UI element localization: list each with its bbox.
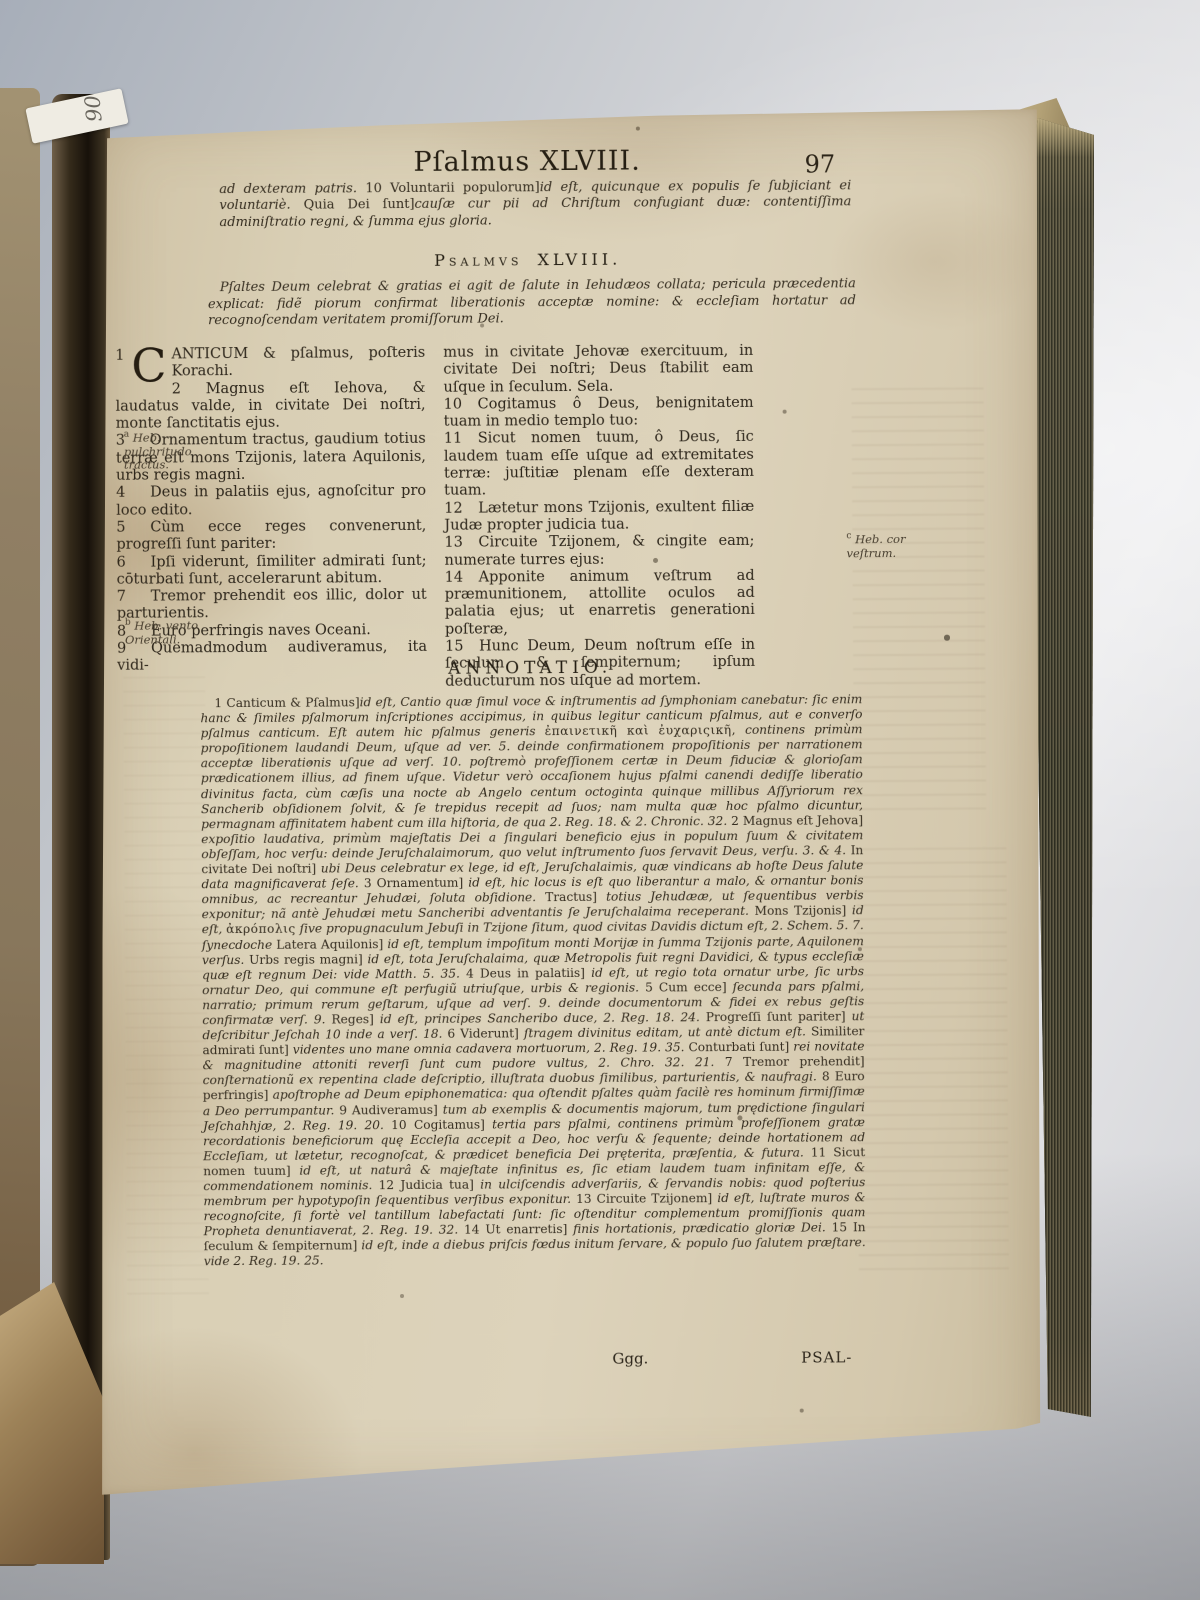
psalm-argument: Pſaltes Deum celebrat & gratias ei agit …: [208, 276, 856, 330]
margin-note-a: a Heb. pulchritudo tractus.: [124, 428, 212, 473]
text-segment: Urbs regis magni]: [249, 952, 363, 967]
margin-note-mark: b: [125, 618, 131, 628]
verse-text: Sicut nomen tuum, ô Deus, ſic laudem tua…: [444, 429, 754, 499]
text-segment: Progreſſi ſunt pariter]: [706, 1009, 846, 1024]
text-segment: Tractus]: [545, 890, 597, 904]
carryover-commentary: ad dexteram patris. 10 Voluntarii populo…: [219, 178, 851, 231]
verse-number: 10: [444, 396, 478, 414]
text-segment: 9 Audiveramus]: [339, 1102, 438, 1117]
text-segment: finis hortationis, prædicatio gloriæ Dei…: [567, 1221, 831, 1237]
text-segment: 1 Canticum & Pſalmus]: [214, 695, 359, 710]
verse-number: 7: [117, 589, 151, 607]
text-segment: id eſt, principes Sancheribo duce, 2. Re…: [374, 1010, 706, 1026]
photo-scene: 06 Pſalmus XLVIII. 97 ad dexteram patris…: [0, 0, 1200, 1600]
verse-number: 13: [444, 535, 478, 553]
text-segment: 13 Circuite Tzijonem]: [576, 1191, 712, 1206]
psalm-verse-2: 2Magnus eſt Iehova, & laudatus valde, in…: [115, 379, 425, 433]
psalm-verse-10: 10Cogitamus ô Deus, benignitatem tuam in…: [444, 395, 754, 431]
verse-number: 15: [445, 639, 479, 657]
verse-text: Circuite Tzijonem, & cingite eam; numera…: [444, 533, 754, 568]
text-segment: 6 Viderunt]: [447, 1026, 519, 1040]
verse-text: Lætetur mons Tzijonis, exultent filiæ Ju…: [444, 499, 754, 534]
verse-number: 11: [444, 431, 478, 449]
show-through-ghost-right-lower: [856, 839, 1009, 1270]
margin-note-mark: a: [124, 430, 129, 440]
text-segment: Latera Aquilonis]: [276, 937, 383, 952]
text-segment: ἀκρόπολις: [226, 922, 296, 936]
psalm-verse-9-continued: mus in civitate Jehovæ exercituum, in ci…: [443, 343, 753, 397]
verse-text: mus in civitate Jehovæ exercituum, in ci…: [443, 343, 753, 395]
psalm-verse-6: 6Ipſi viderunt, ſimiliter admirati ſunt;…: [116, 552, 426, 588]
text-segment: Reges]: [331, 1012, 374, 1026]
page-footer: Ggg. PSAL-: [204, 1348, 864, 1374]
margin-note-text: Heb. cor veſtrum.: [846, 532, 905, 560]
margin-note-text: Heb. pulchritudo tractus.: [124, 430, 192, 472]
text-segment: Quia Dei ſunt]: [304, 197, 415, 213]
psalm-verse-12: 12Lætetur mons Tzijonis, exultent filiæ …: [444, 499, 754, 535]
text-segment: 4 Deus in palatiis]: [466, 966, 585, 981]
book-page: Pſalmus XLVIII. 97 ad dexteram patris. 1…: [92, 109, 1046, 1495]
spine-label-text: 06: [79, 94, 105, 123]
text-segment: ad dexteram patris.: [219, 181, 365, 197]
page-number: 97: [804, 150, 835, 178]
show-through-ghost-right-upper: [851, 379, 986, 810]
annotatio-heading: ANNOTATIO.: [200, 656, 860, 680]
psalm-column-right: mus in civitate Jehovæ exercituum, in ci…: [443, 343, 755, 691]
text-segment: 7 Tremor prehendit]: [725, 1054, 865, 1069]
verse-number: 2: [172, 381, 206, 399]
psalm-verse-5: 5Cùm ecce reges convenerunt, progreſſi ſ…: [116, 518, 426, 554]
text-segment: ἐπαινετικῆ καὶ ἐυχαριςικῆ,: [545, 723, 736, 738]
text-segment: videntes uno mane omnia cadavera mortuor…: [289, 1040, 689, 1056]
verse-text: Deus in palatiis ejus, agnoſcitur pro lo…: [116, 483, 426, 518]
signature-mark: Ggg.: [612, 1350, 648, 1368]
verse-number: 1: [115, 348, 124, 365]
verse-text: Magnus eſt Iehova, & laudatus valde, in …: [116, 379, 426, 431]
text-segment: 14 Ut enarretis]: [464, 1222, 567, 1237]
show-through-ghost-left: [123, 674, 209, 1294]
psalm-verse-13: 13Circuite Tzijonem, & cingite eam; nume…: [444, 533, 754, 569]
text-segment: 12 Judicia tua]: [379, 1178, 474, 1193]
verse-number: 12: [444, 500, 478, 518]
text-segment: expoſitio laudativa, primùm majeſtatis D…: [201, 828, 863, 861]
psalm-verse-11: 11Sicut nomen tuum, ô Deus, ſic laudem t…: [444, 429, 754, 500]
verse-number: 4: [116, 485, 150, 503]
text-segment: 10 Cogitamus]: [391, 1117, 485, 1132]
text-segment: 3 Ornamentum]: [364, 876, 463, 891]
verse-text: Ipſi viderunt, ſimiliter admirati ſunt; …: [117, 552, 427, 587]
catchword: PSAL-: [801, 1348, 852, 1366]
verse-text: Apponite animum veſtrum ad præmunitionem…: [445, 568, 755, 638]
margin-note-text: Heb. vento Orientali.: [125, 618, 198, 646]
text-segment: Conturbati ſunt]: [688, 1040, 789, 1055]
text-segment: ſtragem divinitus editam, ut antè dictum…: [519, 1025, 811, 1041]
psalm-verse-4: 4Deus in palatiis ejus, agnoſcitur pro l…: [116, 483, 426, 519]
psalm-verse-1: 1CANTICUM & pſalmus, poſteris Korachi.: [115, 345, 425, 381]
psalm-verse-14: 14Apponite animum veſtrum ad præmunition…: [445, 568, 755, 639]
verse-number: 14: [445, 569, 479, 587]
margin-note-b: b Heb. vento Orientali.: [125, 616, 213, 647]
verse-text: ANTICUM & pſalmus, poſteris Korachi.: [171, 345, 425, 380]
verse-number: 5: [116, 520, 150, 538]
margin-note-c: c Heb. cor veſtrum.: [846, 530, 932, 561]
text-segment: 5 Cum ecce]: [645, 980, 727, 994]
text-segment: 10 Voluntarii populorum]: [365, 180, 540, 196]
margin-note-mark: c: [846, 531, 851, 541]
annotation-body: 1 Canticum & Pſalmus]id eſt, Cantio quæ …: [200, 692, 865, 1270]
text-segment: Mons Tzijonis]: [754, 904, 846, 919]
verse-text: Cogitamus ô Deus, benignitatem tuam in m…: [444, 395, 754, 430]
psalm-section-heading: Psalmvs XLVIII.: [198, 248, 858, 271]
running-head: Pſalmus XLVIII.: [197, 144, 857, 179]
text-segment: 2 Magnus eſt Jehova]: [731, 813, 863, 828]
verse-text: Cùm ecce reges convenerunt, progreſſi ſu…: [116, 518, 426, 553]
verse-number: 6: [116, 554, 150, 572]
